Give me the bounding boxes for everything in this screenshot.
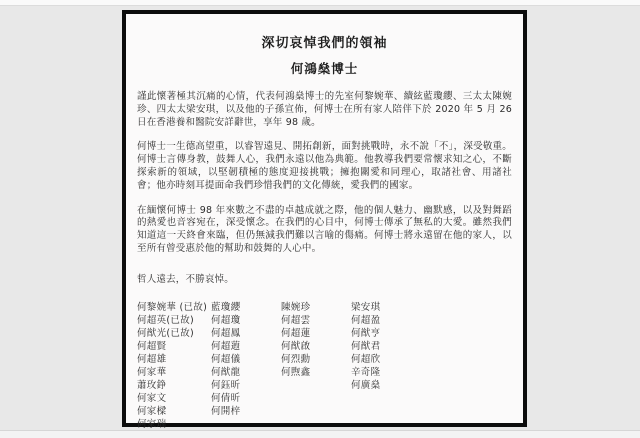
signatory-name: 何倩昕 xyxy=(211,392,281,405)
signatory-column: 陳婉珍何超雲何超蓮何猷啟何烈勳何煦鑫 xyxy=(281,301,351,431)
closing-line: 哲人遠去，不勝哀悼。 xyxy=(137,273,512,286)
signatory-name: 何煦鑫 xyxy=(281,366,351,379)
signatory-name: 何超蕸 xyxy=(211,340,281,353)
signatory-column: 何黎婉華 (已故)何超英(已故)何猷光(已故)何超賢何超雄何家華蕭玫錚何家文何家… xyxy=(137,301,211,431)
signatory-name: 何超雄 xyxy=(137,353,211,366)
signatory-name: 何家文 xyxy=(137,392,211,405)
signatory-name: 何黎婉華 (已故) xyxy=(137,301,211,314)
page-content: 深切哀悼我們的領袖 何鴻燊博士 謹此懷著極其沉痛的心情，代表何鴻燊博士的先室何黎… xyxy=(126,14,523,431)
signatory-name: 何廣燊 xyxy=(351,379,431,392)
signatory-name: 何猷龍 xyxy=(211,366,281,379)
signatory-name: 何家樑 xyxy=(137,405,211,418)
signatory-name: 何超儀 xyxy=(211,353,281,366)
signatory-name: 何超賢 xyxy=(137,340,211,353)
signatory-name: 何家華 xyxy=(137,366,211,379)
remembrance-paragraph: 在緬懷何博士 98 年來數之不盡的卓越成就之際，他的個人魅力、幽默感，以及對舞蹈… xyxy=(137,205,512,256)
signatories-grid: 何黎婉華 (已故)何超英(已故)何猷光(已故)何超賢何超雄何家華蕭玫錚何家文何家… xyxy=(137,301,512,431)
signatory-name: 何超盈 xyxy=(351,314,431,327)
window-top-edge xyxy=(0,0,640,6)
signatory-name: 何超瓊 xyxy=(211,314,281,327)
signatory-name: 何超欣 xyxy=(351,353,431,366)
window-bottom-edge xyxy=(0,430,640,438)
signatory-name: 梁安琪 xyxy=(351,301,431,314)
tribute-paragraph: 何博士一生德高望重，以睿智遠見、開拓創新，面對挑戰時，永不說「不」，深受敬重。何… xyxy=(137,141,512,192)
memorial-notice-page: 深切哀悼我們的領袖 何鴻燊博士 謹此懷著極其沉痛的心情，代表何鴻燊博士的先室何黎… xyxy=(122,10,527,427)
signatory-name: 何開梓 xyxy=(211,405,281,418)
announcement-paragraph: 謹此懷著極其沉痛的心情，代表何鴻燊博士的先室何黎婉華、續絃藍瓊纓、三太太陳婉珍、… xyxy=(137,91,512,129)
signatory-name: 何猷光(已故) xyxy=(137,327,211,340)
signatory-column: 藍瓊纓何超瓊何超鳳何超蕸何超儀何猷龍何鈺昕何倩昕何開梓 xyxy=(211,301,281,431)
signatory-column: 梁安琪何超盈何猷亨何猷君何超欣辛奇隆何廣燊 xyxy=(351,301,431,431)
signatory-name: 何超雲 xyxy=(281,314,351,327)
notice-title: 深切哀悼我們的領袖 xyxy=(137,36,512,51)
deceased-name: 何鴻燊博士 xyxy=(137,62,512,76)
signatory-name: 蕭玫錚 xyxy=(137,379,211,392)
signatory-name: 何猷君 xyxy=(351,340,431,353)
signatory-name: 何超鳳 xyxy=(211,327,281,340)
signatory-name: 藍瓊纓 xyxy=(211,301,281,314)
signatory-name: 陳婉珍 xyxy=(281,301,351,314)
signatory-name: 何猷亨 xyxy=(351,327,431,340)
signatory-name: 何超英(已故) xyxy=(137,314,211,327)
signatory-name: 何鈺昕 xyxy=(211,379,281,392)
signatory-name: 何烈勳 xyxy=(281,353,351,366)
signatory-name: 辛奇隆 xyxy=(351,366,431,379)
signatory-name: 何猷啟 xyxy=(281,340,351,353)
signatory-name: 何超蓮 xyxy=(281,327,351,340)
signatory-name: 何家瑞 xyxy=(137,418,211,431)
